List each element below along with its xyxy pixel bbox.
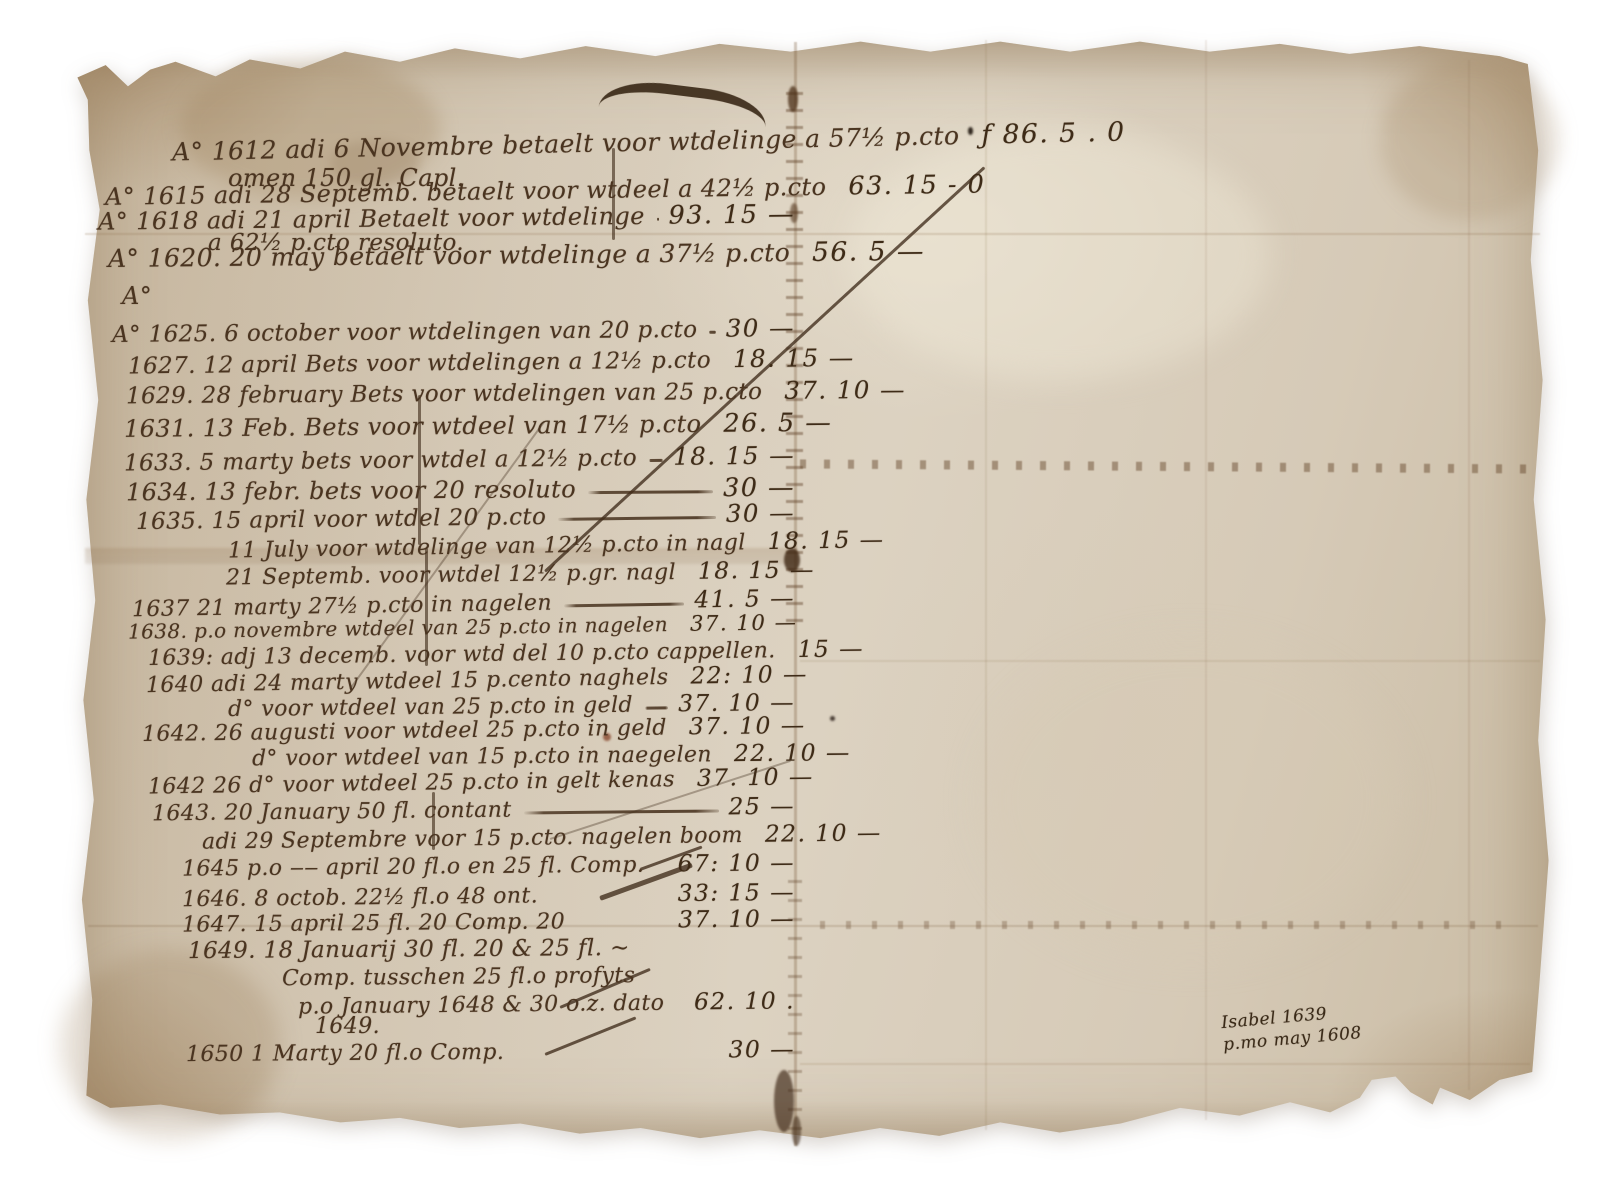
ledger-row: A° xyxy=(122,282,795,310)
amount-value: 63. 15 - 0 xyxy=(848,169,985,201)
entry-text: 1635. 15 april voor wtdel 20 p.cto xyxy=(136,504,547,535)
ink-rule-line xyxy=(649,459,663,462)
entry-text: 1631. 13 Feb. Bets voor wtdeel van 17½ p… xyxy=(124,410,702,443)
amount-value: 18. 15 — xyxy=(673,440,795,470)
entry-text: 1627. 12 april Bets voor wtdelingen a 12… xyxy=(128,347,711,379)
ink-rule-line xyxy=(558,516,716,521)
amount-value: 18. 15 — xyxy=(698,556,815,584)
ink-rule-line xyxy=(588,490,713,494)
entry-text: 1650 1 Marty 20 fl.o Comp. xyxy=(186,1040,504,1067)
ink-rule-line xyxy=(657,217,659,220)
amount-value: 18. 15 — xyxy=(767,526,884,555)
amount-value: 37. 10 — xyxy=(689,712,806,740)
amount-value: 30 — xyxy=(726,498,795,528)
amount-value: 30 — xyxy=(726,313,795,343)
ledger-row: 1650 1 Marty 20 fl.o Comp. 30 — xyxy=(186,1036,795,1067)
ink-rule-line xyxy=(564,603,685,608)
ink-rule-line xyxy=(645,706,668,709)
entry-text: 21 Septemb. voor wtdel 12½ p.gr. nagl xyxy=(226,560,676,590)
ledger-row: 1649. xyxy=(315,1014,795,1039)
amount-value: 37. 10 — xyxy=(678,905,795,933)
amount-value: 37. 10 — xyxy=(690,609,798,635)
entry-text: 1649. xyxy=(315,1014,380,1039)
ledger-row: 1629. 28 february Bets voor wtdelingen v… xyxy=(126,376,795,410)
entry-text: 1647. 15 april 25 fl. 20 Comp. 20 xyxy=(182,909,565,937)
amount-value: 37. 10 — xyxy=(697,763,814,792)
amount-value: 22. 10 — xyxy=(765,819,882,847)
entry-text: A° xyxy=(122,282,152,310)
amount-value: 25 — xyxy=(728,793,795,821)
entry-text: 1643. 20 January 50 fl. contant xyxy=(152,798,512,827)
amount-value: 30 — xyxy=(729,1036,796,1063)
ink-rule-line xyxy=(709,331,715,334)
amount-value: 22: 10 — xyxy=(690,661,808,690)
ledger-row: A° 1620. 20 may betaelt voor wtdelinge a… xyxy=(108,237,795,274)
entry-text: 1629. 28 february Bets voor wtdelingen v… xyxy=(126,379,762,409)
amount-value: 15 — xyxy=(797,635,864,663)
ledger-row: 1631. 13 Feb. Bets voor wtdeel van 17½ p… xyxy=(124,407,795,443)
amount-value: 67: 10 — xyxy=(678,849,796,877)
photographed-manuscript-page: A° 1612 adi 6 Novembre betaelt voor wtde… xyxy=(0,0,1600,1197)
amount-value: 18. 15 — xyxy=(733,343,855,373)
amount-value: 33: 15 — xyxy=(678,879,796,907)
entry-text: 1649. 18 Januarij 30 fl. 20 & 25 fl. ~ xyxy=(188,935,630,964)
amount-value: 26. 5 — xyxy=(723,407,832,438)
ledger-row: A° 1625. 6 october voor wtdelingen van 2… xyxy=(112,313,795,348)
ledger-row: A° 1612 adi 6 Novembre betaelt voor wtde… xyxy=(172,123,796,167)
ledger-row: 1633. 5 marty bets voor wtdel a 12½ p.ct… xyxy=(124,440,795,476)
ledger-row: 1649. 18 Januarij 30 fl. 20 & 25 fl. ~ xyxy=(188,934,795,964)
ledger-row: Comp. tusschen 25 fl.o profyts xyxy=(282,962,795,991)
entry-text: A° 1625. 6 october voor wtdelingen van 2… xyxy=(112,317,698,348)
entry-text: 1633. 5 marty bets voor wtdel a 12½ p.ct… xyxy=(124,445,637,476)
ink-rule-line xyxy=(524,809,719,814)
amount-value: ƒ 86. 5 . 0 xyxy=(981,117,1126,151)
ledger-row: 1647. 15 april 25 fl. 20 Comp. 20 37. 10… xyxy=(182,905,795,937)
entry-text: Comp. tusschen 25 fl.o profyts xyxy=(282,963,635,991)
amount-value: 56. 5 — xyxy=(812,236,925,268)
ledger-row: 1627. 12 april Bets voor wtdelingen a 12… xyxy=(128,344,795,380)
entry-text: A° 1612 adi 6 Novembre betaelt voor wtde… xyxy=(172,121,960,166)
amount-value: 37. 10 — xyxy=(784,375,906,405)
entry-text: A° 1620. 20 may betaelt voor wtdelinge a… xyxy=(108,238,790,273)
amount-value: 62. 10 . xyxy=(694,987,795,1015)
entry-text: 1645 p.o ‒‒ april 20 fl.o en 25 fl. Comp… xyxy=(182,853,644,882)
amount-value: 93. 15 — xyxy=(668,198,795,229)
ledger-row: 1645 p.o ‒‒ april 20 fl.o en 25 fl. Comp… xyxy=(182,849,795,881)
